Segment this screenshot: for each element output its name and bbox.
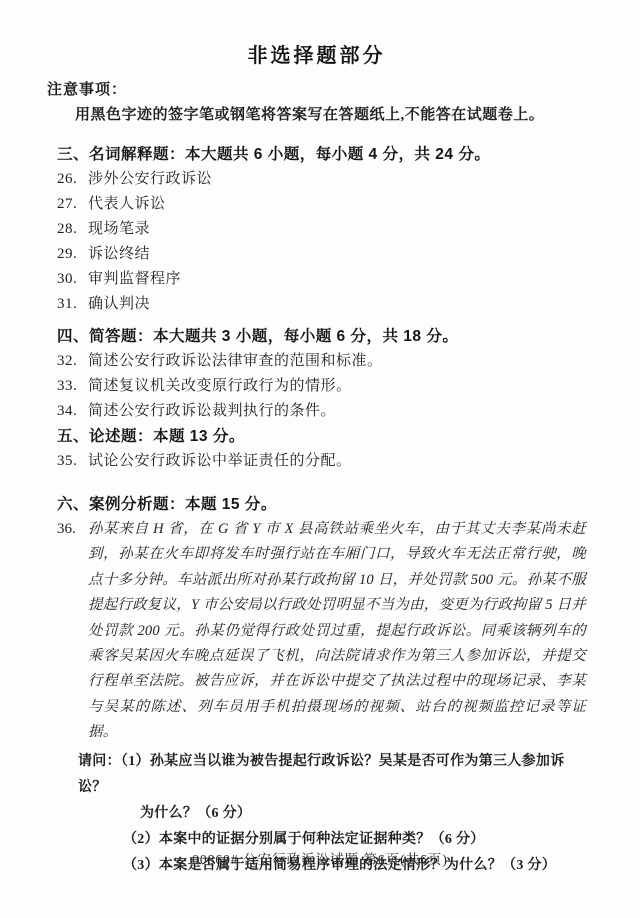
section-heading-4: 四、简答题：本大题共 3 小题，每小题 6 分，共 18 分。 — [57, 324, 586, 349]
question-number: 35. — [57, 449, 88, 474]
question-number: 33. — [57, 374, 88, 399]
sub-question-1-continuation: 为什么？（6 分） — [140, 801, 586, 827]
question-number: 27. — [57, 192, 88, 217]
question-number: 34. — [57, 399, 88, 424]
question-text: 涉外公安行政诉讼 — [88, 167, 212, 192]
sub-question-number: （1） — [121, 754, 150, 769]
exam-paper-page: 非选择题部分 注意事项： 用黑色字迹的签字笔或钢笔将答案写在答题纸上,不能答在试… — [0, 0, 640, 918]
section-heading-3: 三、名词解释题：本大题共 6 小题，每小题 4 分，共 24 分。 — [57, 142, 586, 167]
question-number: 30. — [57, 267, 88, 292]
question-item-34: 34. 简述公安行政诉讼裁判执行的条件。 — [57, 399, 586, 424]
question-item-33: 33. 简述复议机关改变原行政行为的情形。 — [57, 374, 586, 399]
case-text: 孙某来自 H 省，在 G 省 Y 市 X 县高铁站乘坐火车，由于其丈夫李某尚未赶… — [88, 517, 586, 746]
question-item-32: 32. 简述公安行政诉讼法律审查的范围和标准。 — [57, 349, 586, 374]
question-text: 简述公安行政诉讼法律审查的范围和标准。 — [88, 349, 383, 374]
question-number: 31. — [57, 292, 88, 317]
page-footer: 00860# 公安行政诉讼试题 第6页(共6页) — [0, 848, 640, 868]
question-text: 确认判决 — [88, 292, 150, 317]
question-text: 诉讼终结 — [88, 242, 150, 267]
question-text: 简述公安行政诉讼裁判执行的条件。 — [88, 399, 336, 424]
ask-label: 请问： — [78, 754, 121, 769]
section-heading-6: 六、案例分析题：本题 15 分。 — [57, 492, 586, 517]
question-text: 代表人诉讼 — [88, 192, 166, 217]
question-item-27: 27. 代表人诉讼 — [57, 192, 586, 217]
question-number: 26. — [57, 167, 88, 192]
question-item-26: 26. 涉外公安行政诉讼 — [57, 167, 586, 192]
question-number: 36. — [57, 517, 88, 746]
question-text: 简述复议机关改变原行政行为的情形。 — [88, 374, 352, 399]
question-text: 审判监督程序 — [88, 267, 181, 292]
sub-question-text: 孙某应当以谁为被告提起行政诉讼？吴某是否可作为第三人参加诉讼？ — [78, 754, 565, 795]
question-item-31: 31. 确认判决 — [57, 292, 586, 317]
question-text: 现场笔录 — [88, 217, 150, 242]
sub-question-text: 本案中的证据分别属于何种法定证据种类？（6 分） — [159, 832, 485, 847]
section-heading-5: 五、论述题：本题 13 分。 — [57, 424, 586, 449]
question-number: 32. — [57, 349, 88, 374]
notice-text: 用黑色字迹的签字笔或钢笔将答案写在答题纸上,不能答在试题卷上。 — [75, 102, 586, 128]
sub-question-1: 请问：（1）孙某应当以谁为被告提起行政诉讼？吴某是否可作为第三人参加诉讼？ — [78, 749, 586, 801]
question-text: 试论公安行政诉讼中举证责任的分配。 — [88, 449, 352, 474]
question-item-28: 28. 现场笔录 — [57, 217, 586, 242]
sub-question-number: （2） — [123, 832, 159, 847]
question-item-30: 30. 审判监督程序 — [57, 267, 586, 292]
notice-label: 注意事项： — [47, 78, 586, 102]
question-item-35: 35. 试论公安行政诉讼中举证责任的分配。 — [57, 449, 586, 474]
question-number: 28. — [57, 217, 88, 242]
case-question-36: 36. 孙某来自 H 省，在 G 省 Y 市 X 县高铁站乘坐火车，由于其丈夫李… — [57, 517, 586, 746]
question-number: 29. — [57, 242, 88, 267]
page-title: 非选择题部分 — [47, 42, 586, 70]
question-item-29: 29. 诉讼终结 — [57, 242, 586, 267]
